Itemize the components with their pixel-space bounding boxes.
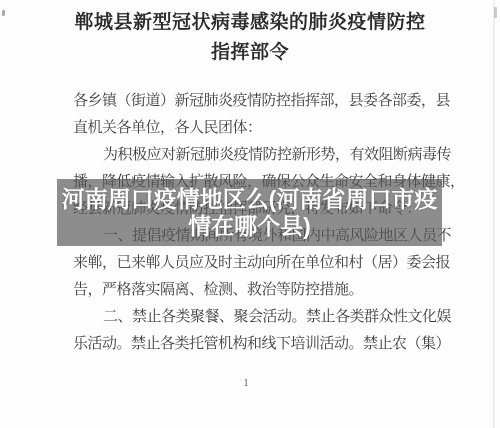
document-page: 郸城县新型冠状病毒感染的肺炎疫情防控指挥部令 各乡镇（街道）新冠肺炎疫情防控指挥… [0,0,500,428]
caption-text-line: 情在哪个县) [188,213,311,240]
scan-speck-right [494,7,497,18]
body-text-line: 乐活动。禁止各类托管机构和线下培训活动。禁止农（集） [73,331,445,358]
page-number: 1 [0,377,492,389]
document-title-line: 指挥部令 [0,38,500,68]
body-text-line: 直机关各单位，各人民团体： [73,115,445,142]
body-text-line: 二、禁止各类聚餐、聚会活动。禁止各类群众性文化娱 [73,304,445,331]
caption-text-line: 河南周口疫情地区么(河南省周口市疫 [62,186,438,213]
body-text-line: 来郸，已来郸人员应及时主动向所在单位和村（居）委会报 [73,250,445,277]
body-text-line: 各乡镇（街道）新冠肺炎疫情防控指挥部，县委各部委，县 [73,88,445,115]
scan-edge-shade [493,0,495,428]
body-text-line: 告，严格落实隔离、检测、救治等防控措施。 [73,277,445,304]
document-title-line: 郸城县新型冠状病毒感染的肺炎疫情防控 [0,8,500,38]
body-text-line: 为积极应对新冠肺炎疫情防控新形势，有效阻断病毒传 [73,142,445,169]
document-title: 郸城县新型冠状病毒感染的肺炎疫情防控指挥部令 [0,8,500,68]
scan-speck-left [2,10,5,16]
caption-overlay: 河南周口疫情地区么(河南省周口市疫情在哪个县) [57,179,442,246]
